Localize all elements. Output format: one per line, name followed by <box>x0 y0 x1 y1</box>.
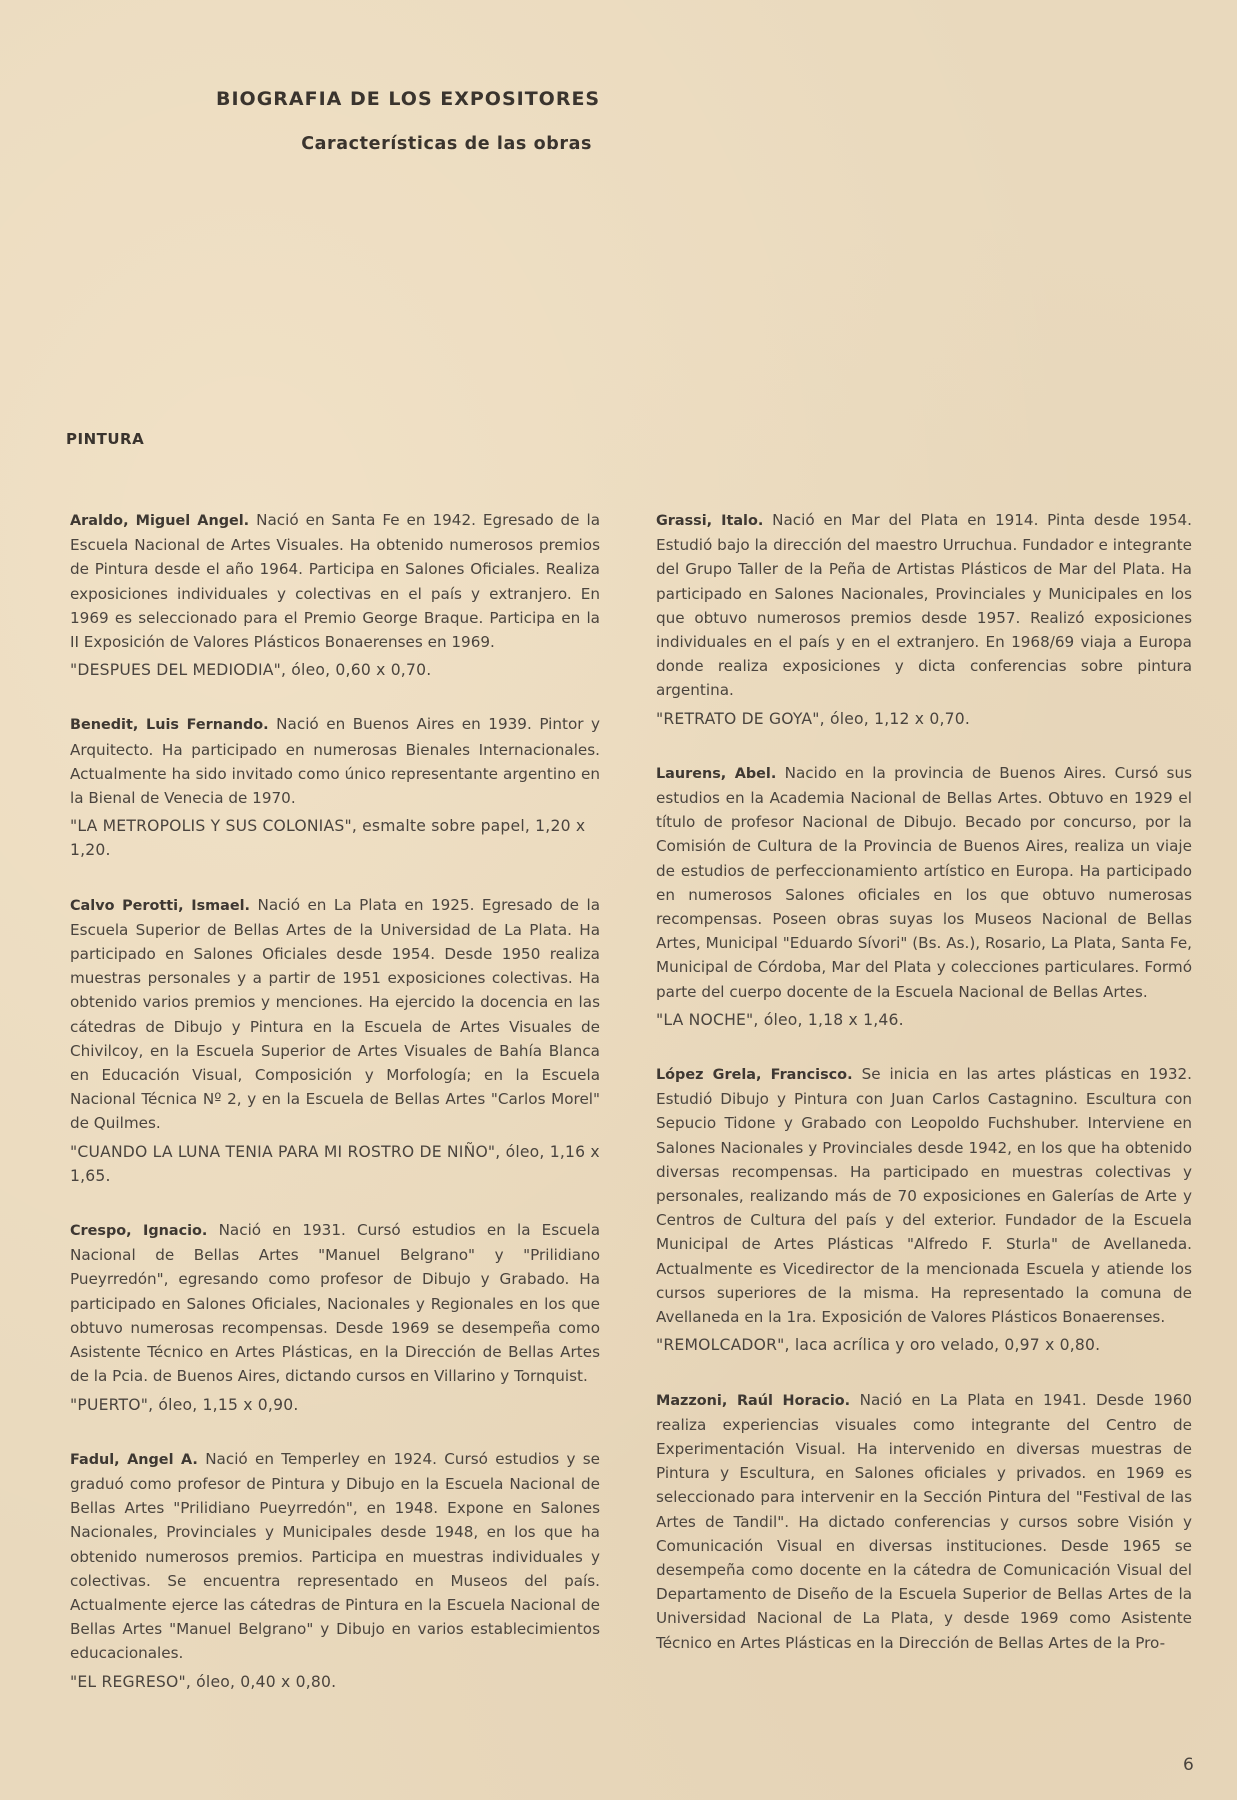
artist-name: Crespo, Ignacio. <box>70 1223 207 1239</box>
artist-name: Laurens, Abel. <box>656 766 776 782</box>
artwork-caption: "DESPUES DEL MEDIODIA", óleo, 0,60 x 0,7… <box>70 658 600 682</box>
artist-bio: Benedit, Luis Fernando. Nació en Buenos … <box>70 712 600 810</box>
artwork-caption: "CUANDO LA LUNA TENIA PARA MI ROSTRO DE … <box>70 1140 600 1188</box>
artist-entry: Benedit, Luis Fernando. Nació en Buenos … <box>70 712 600 862</box>
artist-entry: Laurens, Abel. Nacido en la provincia de… <box>656 761 1192 1032</box>
artist-bio: López Grela, Francisco. Se inicia en las… <box>656 1062 1192 1329</box>
artwork-caption: "PUERTO", óleo, 1,15 x 0,90. <box>70 1393 600 1417</box>
artist-name: Fadul, Angel A. <box>70 1452 198 1468</box>
artwork-caption: "LA METROPOLIS Y SUS COLONIAS", esmalte … <box>70 814 600 862</box>
artwork-caption: "LA NOCHE", óleo, 1,18 x 1,46. <box>656 1008 1192 1032</box>
right-column: Grassi, Italo. Nació en Mar del Plata en… <box>656 508 1192 1685</box>
artist-name: Grassi, Italo. <box>656 513 763 529</box>
artist-name: López Grela, Francisco. <box>656 1067 853 1083</box>
bio-text: Se inicia en las artes plásticas en 1932… <box>656 1065 1192 1326</box>
bio-text: Nació en Mar del Plata en 1914. Pinta de… <box>656 511 1192 699</box>
artist-bio: Grassi, Italo. Nació en Mar del Plata en… <box>656 508 1192 703</box>
artist-entry: Mazzoni, Raúl Horacio. Nació en La Plata… <box>656 1388 1192 1655</box>
artist-bio: Laurens, Abel. Nacido en la provincia de… <box>656 761 1192 1004</box>
artist-entry: Araldo, Miguel Angel. Nació en Santa Fe … <box>70 508 600 682</box>
bio-text: Nació en La Plata en 1941. Desde 1960 re… <box>656 1391 1192 1652</box>
artist-entry: Fadul, Angel A. Nació en Temperley en 19… <box>70 1447 600 1694</box>
page-number: 6 <box>1183 1755 1194 1775</box>
artwork-caption: "EL REGRESO", óleo, 0,40 x 0,80. <box>70 1670 600 1694</box>
artist-entry: Grassi, Italo. Nació en Mar del Plata en… <box>656 508 1192 731</box>
section-heading: PINTURA <box>66 430 144 448</box>
artwork-caption: "RETRATO DE GOYA", óleo, 1,12 x 0,70. <box>656 707 1192 731</box>
page-subtitle: Características de las obras <box>216 134 592 154</box>
bio-text: Nació en La Plata en 1925. Egresado de l… <box>70 896 600 1133</box>
artist-name: Araldo, Miguel Angel. <box>70 513 249 529</box>
artist-name: Mazzoni, Raúl Horacio. <box>656 1393 850 1409</box>
artist-bio: Crespo, Ignacio. Nació en 1931. Cursó es… <box>70 1218 600 1388</box>
bio-text: Nació en Temperley en 1924. Cursó estudi… <box>70 1450 600 1663</box>
artist-name: Benedit, Luis Fernando. <box>70 717 269 733</box>
artist-bio: Fadul, Angel A. Nació en Temperley en 19… <box>70 1447 600 1666</box>
artist-bio: Mazzoni, Raúl Horacio. Nació en La Plata… <box>656 1388 1192 1655</box>
artist-entry: Crespo, Ignacio. Nació en 1931. Cursó es… <box>70 1218 600 1417</box>
left-column: Araldo, Miguel Angel. Nació en Santa Fe … <box>70 508 600 1724</box>
artist-entry: López Grela, Francisco. Se inicia en las… <box>656 1062 1192 1357</box>
artist-bio: Araldo, Miguel Angel. Nació en Santa Fe … <box>70 508 600 654</box>
bio-text: Nació en Santa Fe en 1942. Egresado de l… <box>70 511 600 651</box>
bio-text: Nacido en la provincia de Buenos Aires. … <box>656 764 1192 1001</box>
page-title: BIOGRAFIA DE LOS EXPOSITORES <box>216 88 596 110</box>
artist-name: Calvo Perotti, Ismael. <box>70 898 250 914</box>
bio-text: Nació en 1931. Cursó estudios en la Escu… <box>70 1221 600 1385</box>
artist-entry: Calvo Perotti, Ismael. Nació en La Plata… <box>70 893 600 1188</box>
artwork-caption: "REMOLCADOR", laca acrílica y oro velado… <box>656 1333 1192 1357</box>
artist-bio: Calvo Perotti, Ismael. Nació en La Plata… <box>70 893 600 1136</box>
